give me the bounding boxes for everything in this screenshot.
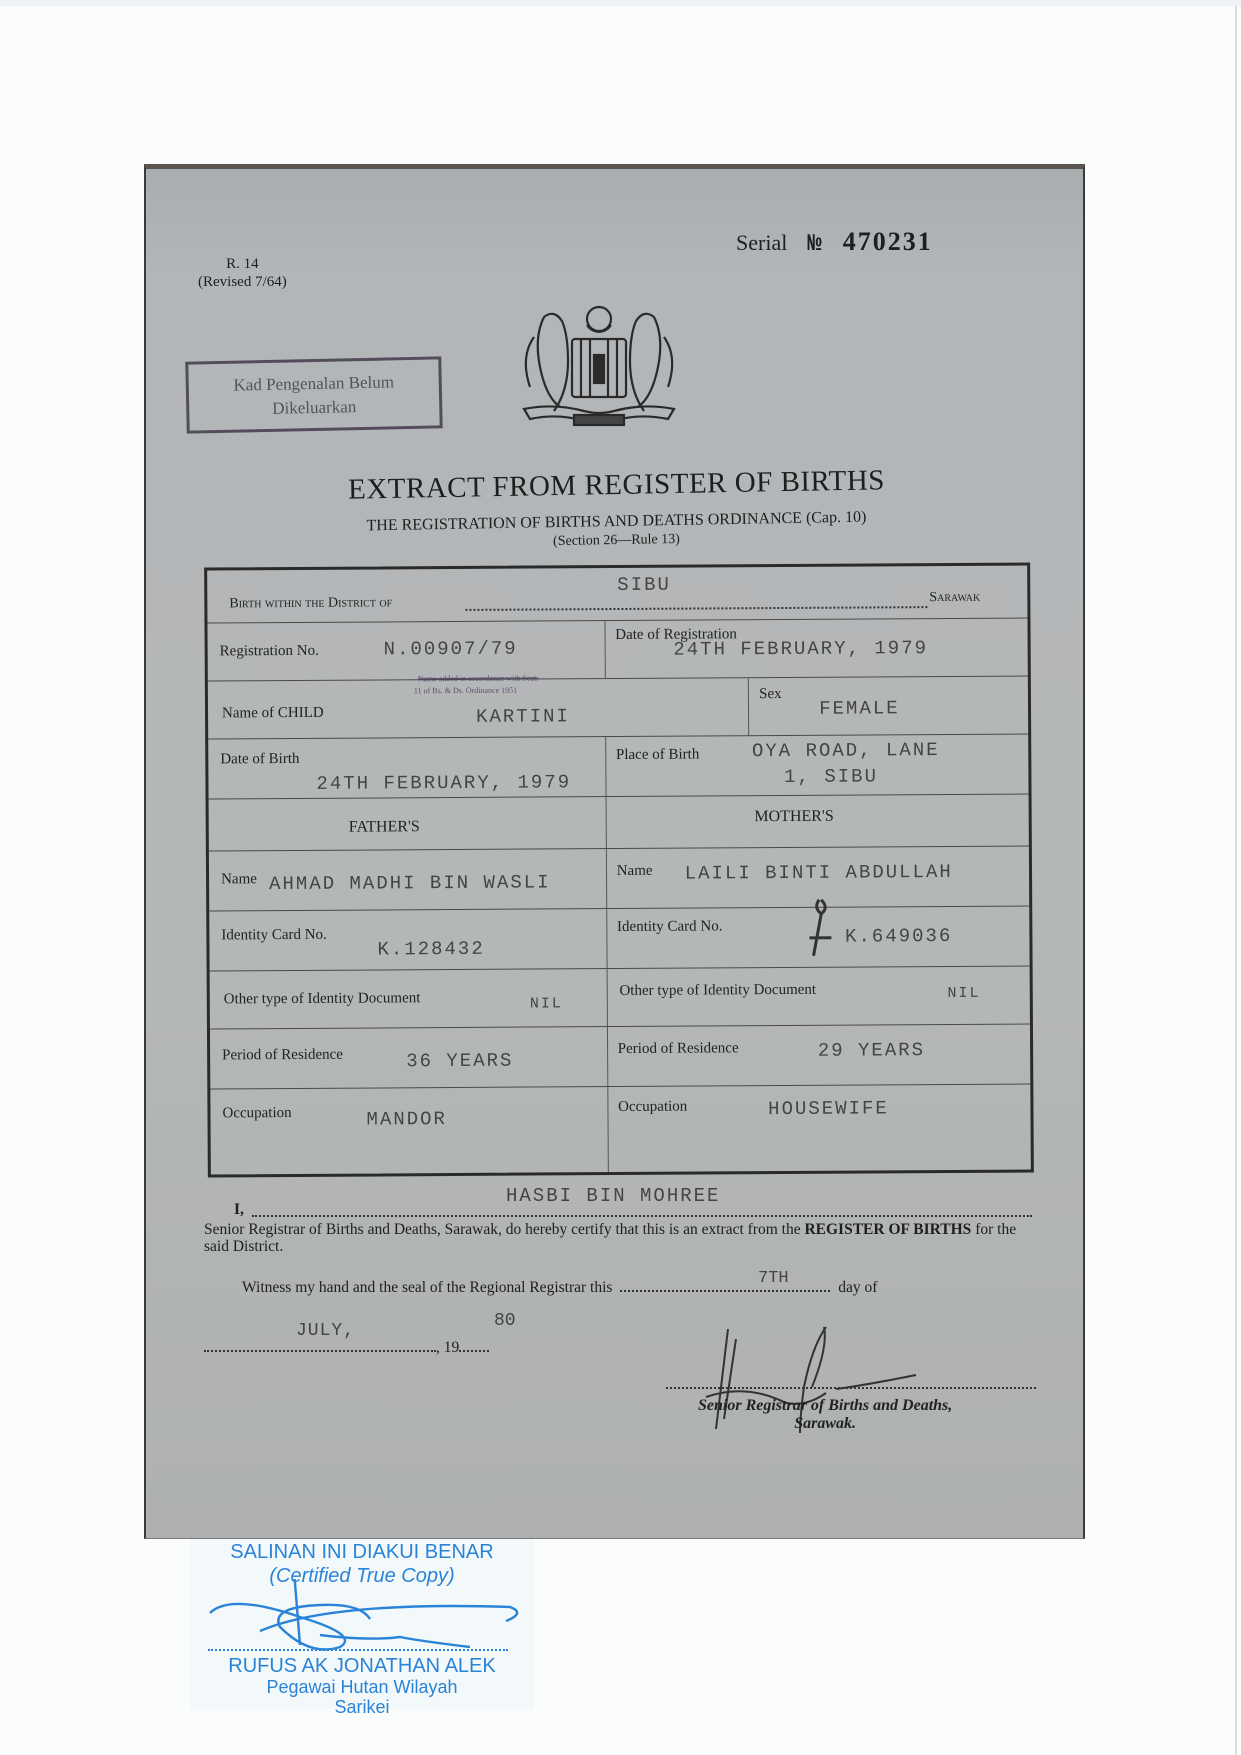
year-dotted-line — [459, 1350, 489, 1352]
signature-caption: Senior Registrar of Births and Deaths, S… — [698, 1397, 952, 1433]
father-residence-cell: Period of Residence 36 YEARS — [210, 1027, 608, 1088]
id-card-not-issued-stamp: Kad Pengenalan Belum Dikeluarkan — [185, 356, 442, 433]
mother-other-doc-label: Other type of Identity Document — [619, 982, 816, 1000]
father-name-cell: Name AHMAD MADHI BIN WASLI — [209, 849, 607, 910]
mother-other-doc-value: NIL — [947, 985, 980, 1002]
mother-ic-cell: Identity Card No. K.649036 — [607, 906, 1030, 968]
birth-register-table: Birth within the District of SIBU Sarawa… — [204, 562, 1034, 1177]
registration-row: Registration No. N.00907/79 Date of Regi… — [207, 619, 1027, 682]
child-name-cell: Name of CHILD Name added in accordance w… — [208, 678, 750, 738]
occupation-row: Occupation MANDOR Occupation HOUSEWIFE — [210, 1084, 1031, 1174]
sex-label: Sex — [759, 686, 782, 703]
certified-stamp-line1: SALINAN INI DIAKUI BENAR — [190, 1541, 534, 1564]
day-of-label: day of — [838, 1279, 877, 1296]
registrar-name-dotted-line — [252, 1215, 1032, 1217]
sex-value: FEMALE — [819, 697, 900, 719]
certifier-title: Pegawai Hutan Wilayah — [190, 1677, 534, 1698]
document-title: EXTRACT FROM REGISTER OF BIRTHS — [146, 461, 1087, 510]
district-label: Birth within the District of — [229, 595, 392, 612]
father-ic-cell: Identity Card No. K.128432 — [209, 909, 607, 970]
certifier-signature-icon — [200, 1579, 530, 1654]
district-dotted-line — [465, 606, 927, 611]
mother-residence-label: Period of Residence — [618, 1040, 739, 1058]
date-of-birth-value: 24TH FEBRUARY, 1979 — [316, 771, 571, 795]
registration-no-label: Registration No. — [220, 643, 319, 661]
mother-name-value: LAILI BINTI ABDULLAH — [685, 861, 953, 885]
identity-card-row: Identity Card No. K.128432 Identity Card… — [209, 906, 1029, 971]
father-residence-value: 36 YEARS — [406, 1050, 513, 1073]
child-name-label: Name of CHILD — [222, 705, 324, 723]
father-other-doc-cell: Other type of Identity Document NIL — [210, 969, 608, 1028]
date-of-birth-label: Date of Birth — [220, 751, 299, 768]
father-ic-value: K.128432 — [377, 938, 484, 961]
year-value: 80 — [494, 1311, 516, 1331]
month-value: JULY, — [296, 1321, 355, 1341]
mother-occupation-value: HOUSEWIFE — [768, 1097, 889, 1120]
page-right-edge — [1235, 6, 1237, 1755]
mother-other-doc-cell: Other type of Identity Document NIL — [607, 966, 1030, 1026]
district-row: Birth within the District of SIBU Sarawa… — [207, 566, 1027, 624]
date-of-registration-value: 24TH FEBRUARY, 1979 — [673, 637, 928, 661]
registration-no-value: N.00907/79 — [384, 638, 518, 661]
mother-occupation-label: Occupation — [618, 1099, 687, 1116]
father-occupation-label: Occupation — [222, 1105, 291, 1122]
mother-occupation-cell: Occupation HOUSEWIFE — [608, 1084, 1031, 1172]
mother-name-label: Name — [617, 863, 653, 880]
place-of-birth-label: Place of Birth — [616, 747, 699, 765]
father-occupation-value: MANDOR — [366, 1108, 447, 1130]
witness-text: Witness my hand and the seal of the Regi… — [242, 1279, 612, 1296]
statement-prefix: Senior Registrar of Births and Deaths, S… — [204, 1221, 804, 1238]
child-name-row: Name of CHILD Name added in accordance w… — [208, 676, 1028, 739]
page-top-edge — [0, 0, 1241, 6]
mother-header: MOTHER'S — [754, 808, 833, 826]
sex-cell: Sex FEMALE — [749, 676, 1028, 735]
form-code-number: R. 14 — [198, 255, 287, 273]
mother-residence-value: 29 YEARS — [818, 1039, 925, 1062]
child-name-value: KARTINI — [476, 705, 570, 728]
serial-label: Serial — [736, 230, 787, 255]
id-stamp-line2: Dikeluarkan — [189, 393, 439, 422]
birth-details-row: Date of Birth 24TH FEBRUARY, 1979 Place … — [208, 734, 1028, 799]
father-name-label: Name — [221, 871, 257, 888]
day-dotted-line — [620, 1290, 830, 1292]
statement-register-of-births: REGISTER OF BIRTHS — [804, 1221, 971, 1238]
father-name-value: AHMAD MADHI BIN WASLI — [269, 871, 551, 895]
certification-statement: I, Senior Registrar of Births and Deaths… — [204, 1199, 1034, 1255]
father-residence-label: Period of Residence — [222, 1047, 343, 1065]
district-value: SIBU — [617, 574, 671, 596]
year-prefix: 19 — [444, 1339, 460, 1356]
certification-i-label: I, — [234, 1201, 244, 1218]
certifier-dotted-line — [208, 1649, 508, 1651]
serial-number: 470231 — [843, 227, 933, 256]
state-label: Sarawak — [929, 590, 980, 606]
mother-residence-cell: Period of Residence 29 YEARS — [608, 1024, 1031, 1086]
mother-ic-label: Identity Card No. — [617, 918, 723, 936]
certified-true-copy-stamp: SALINAN INI DIAKUI BENAR (Certified True… — [190, 1539, 534, 1709]
place-of-birth-line2: 1, SIBU — [784, 765, 878, 788]
mother-ic-value: K.649036 — [845, 925, 952, 948]
signature-caption-line2: Sarawak. — [698, 1415, 952, 1433]
place-of-birth-cell: Place of Birth OYA ROAD, LANE 1, SIBU — [606, 734, 1029, 796]
numero-sign: № — [807, 231, 822, 258]
month-year-line: , 19 — [204, 1339, 489, 1357]
day-value: 7TH — [758, 1269, 789, 1288]
serial-number-block: Serial № 470231 — [736, 227, 933, 258]
father-other-doc-value: NIL — [530, 995, 563, 1012]
father-header: FATHER'S — [349, 818, 420, 836]
name-amendment-stamp-line1: Name added in accordance with Sect. — [418, 673, 538, 683]
signature-dotted-line — [666, 1387, 1036, 1389]
certifier-name: RUFUS AK JONATHAN ALEK — [190, 1655, 534, 1678]
registration-date-cell: Date of Registration 24TH FEBRUARY, 1979 — [605, 619, 1028, 679]
initial-mark-icon — [805, 898, 835, 958]
coat-of-arms-icon — [514, 297, 684, 437]
father-header-cell: FATHER'S — [209, 797, 607, 850]
parent-name-row: Name AHMAD MADHI BIN WASLI Name LAILI BI… — [209, 846, 1029, 911]
signature-caption-line1: Senior Registrar of Births and Deaths, — [698, 1397, 952, 1415]
form-code: R. 14 (Revised 7/64) — [198, 255, 287, 291]
father-other-doc-label: Other type of Identity Document — [224, 990, 421, 1008]
registration-number-cell: Registration No. N.00907/79 — [207, 621, 605, 680]
parent-header-row: FATHER'S MOTHER'S — [209, 794, 1029, 851]
certifier-location: Sarikei — [190, 1697, 534, 1718]
residence-row: Period of Residence 36 YEARS Period of R… — [210, 1024, 1030, 1089]
father-occupation-cell: Occupation MANDOR — [210, 1087, 608, 1174]
mother-header-cell: MOTHER'S — [606, 794, 1029, 848]
form-revision: (Revised 7/64) — [198, 273, 287, 291]
month-dotted-line — [204, 1350, 436, 1352]
birth-certificate-photo: R. 14 (Revised 7/64) Serial № 470231 Kad… — [144, 164, 1085, 1539]
date-of-birth-cell: Date of Birth 24TH FEBRUARY, 1979 — [208, 737, 606, 798]
father-ic-label: Identity Card No. — [221, 927, 327, 945]
name-amendment-stamp-line2: 11 of Bs. & Ds. Ordinance 1951 — [414, 686, 517, 696]
other-identity-doc-row: Other type of Identity Document NIL Othe… — [210, 966, 1030, 1029]
place-of-birth-line1: OYA ROAD, LANE — [752, 739, 940, 762]
